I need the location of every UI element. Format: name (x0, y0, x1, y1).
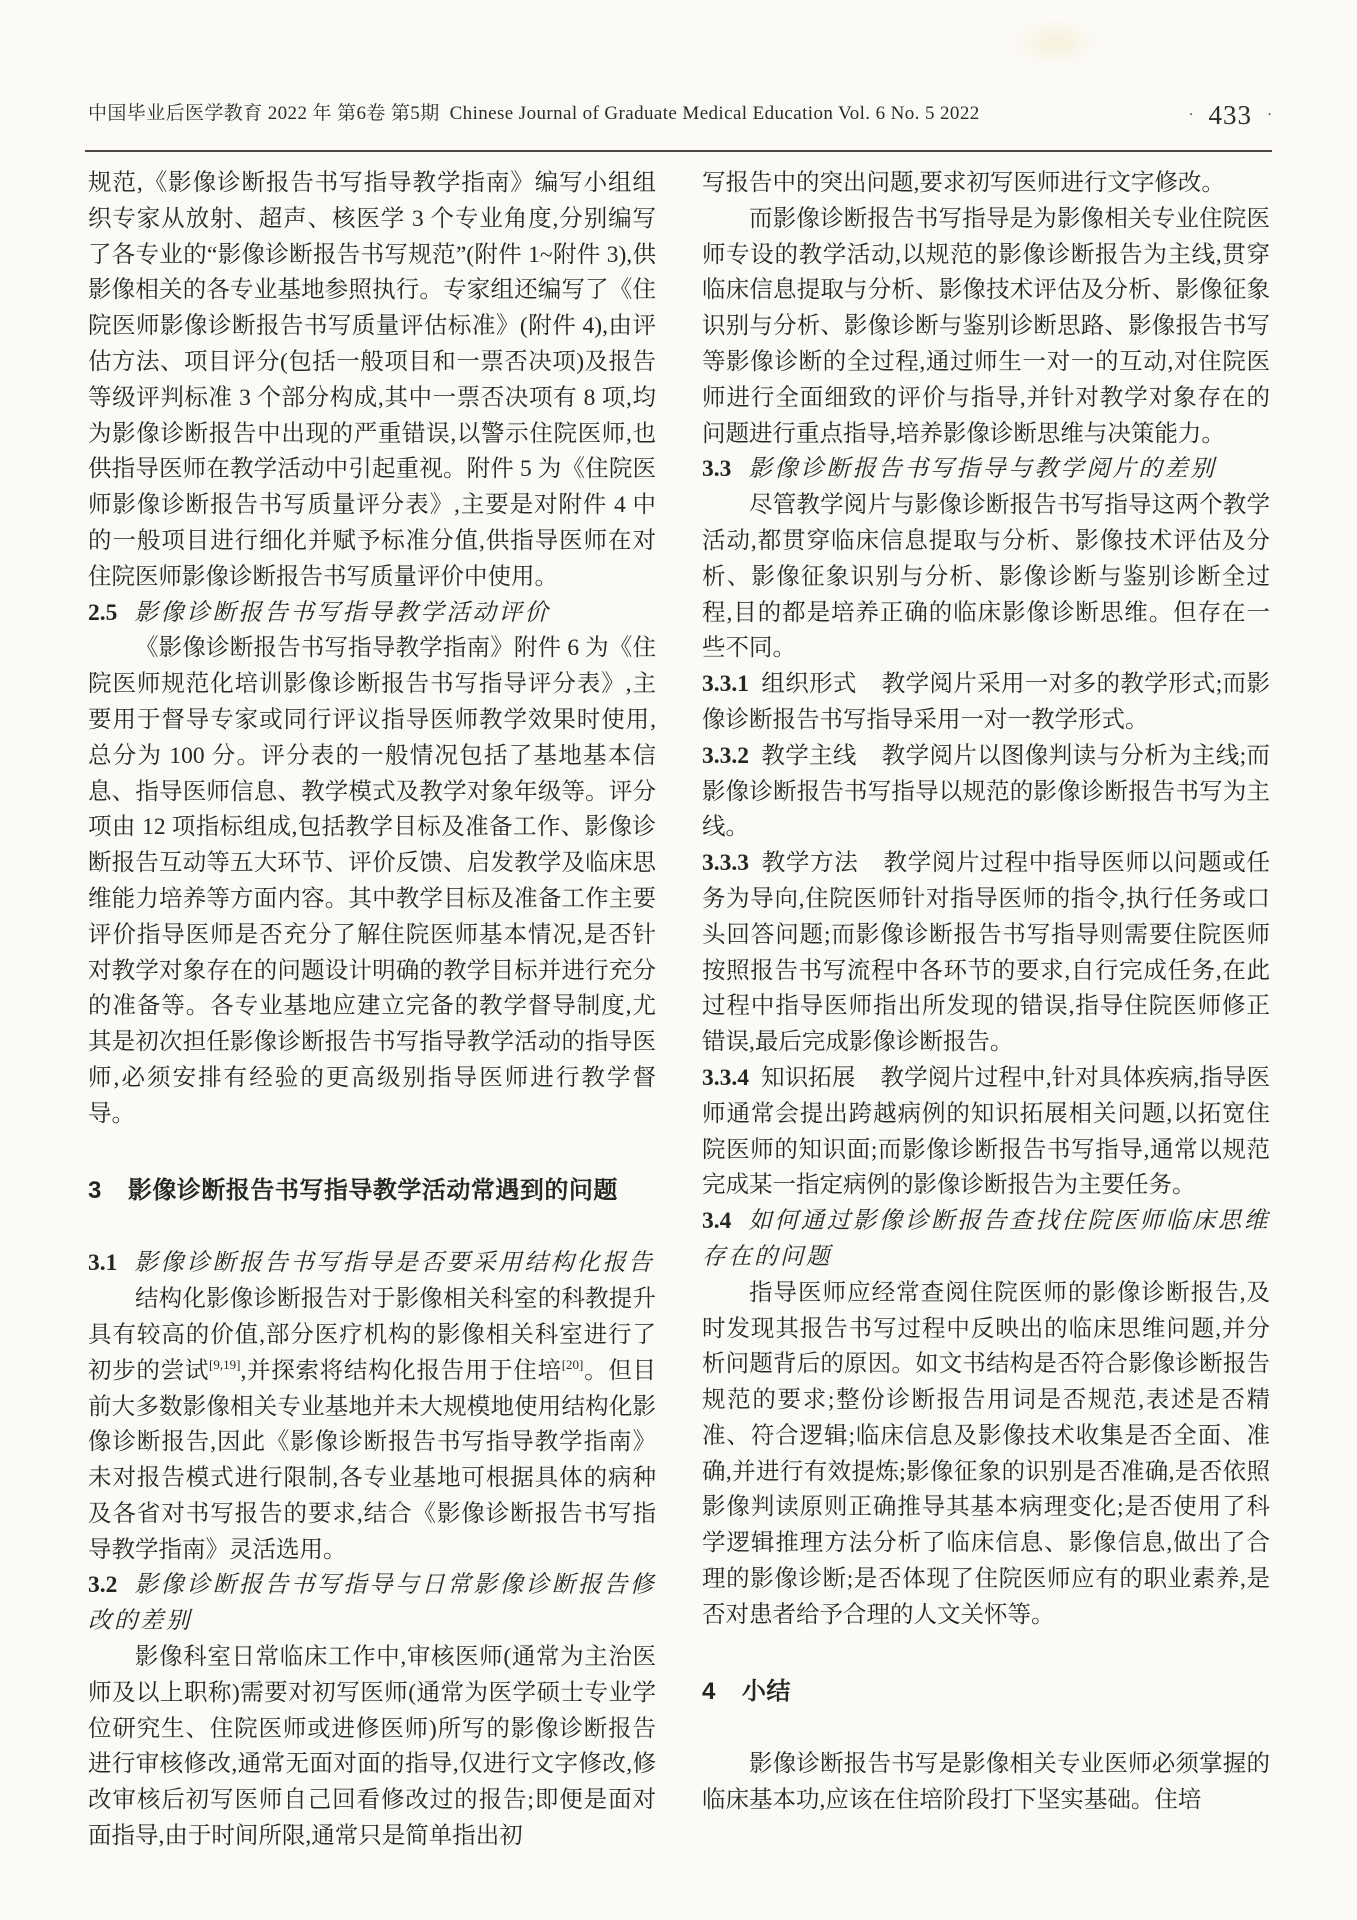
page-number-block: · 433 · (1189, 100, 1273, 131)
subsection-heading: 3.1影像诊断报告书写指导是否要采用结构化报告 (88, 1246, 656, 1282)
subsection-number: 3.4 (702, 1208, 731, 1234)
section-heading: 4小结 (702, 1674, 1270, 1710)
subsection-number: 3.1 (88, 1250, 117, 1276)
runin-number: 3.3.4 (702, 1065, 749, 1091)
section-number: 3 (88, 1177, 102, 1204)
page-number-dot-left: · (1189, 107, 1194, 124)
page-number-dot-right: · (1267, 107, 1272, 124)
section-heading: 3影像诊断报告书写指导教学活动常遇到的问题 (88, 1173, 656, 1209)
subsection-title: 影像诊断报告书写指导是否要采用结构化报告 (134, 1250, 654, 1276)
journal-title-line: 中国毕业后医学教育 2022 年 第6卷 第5期Chinese Journal … (88, 98, 980, 125)
runin-term: 知识拓展 (761, 1065, 856, 1091)
subsection-title: 影像诊断报告书写指导教学活动评价 (134, 600, 550, 626)
subsection-heading: 3.4如何通过影像诊断报告查找住院医师临床思维存在的问题 (702, 1204, 1270, 1276)
paragraph: 结构化影像诊断报告对于影像相关科室的科教提升具有较高的价值,部分医疗机构的影像相… (88, 1282, 656, 1568)
subsection-heading: 3.2影像诊断报告书写指导与日常影像诊断报告修改的差别 (88, 1568, 656, 1640)
runin-term: 教学方法 (761, 850, 859, 876)
runin-heading-paragraph: 3.3.3教学方法教学阅片过程中指导医师以问题或任务为导向,住院医师针对指导医师… (702, 846, 1270, 1061)
section-number: 4 (702, 1678, 716, 1705)
runin-term: 教学主线 (761, 743, 857, 769)
subsection-number: 3.2 (88, 1572, 117, 1598)
header-rule (85, 150, 1272, 152)
subsection-title: 如何通过影像诊断报告查找住院医师临床思维存在的问题 (702, 1208, 1270, 1270)
subsection-title: 影像诊断报告书写指导与日常影像诊断报告修改的差别 (88, 1572, 656, 1634)
runin-heading-paragraph: 3.3.1组织形式教学阅片采用一对多的教学形式;而影像诊断报告书写指导采用一对一… (702, 667, 1270, 739)
subsection-heading: 3.3影像诊断报告书写指导与教学阅片的差别 (702, 452, 1270, 488)
runin-number: 3.3.2 (702, 743, 749, 769)
page-number: 433 (1209, 100, 1253, 131)
citation-ref: [9,19] (209, 1357, 240, 1372)
subsection-heading: 2.5影像诊断报告书写指导教学活动评价 (88, 596, 656, 632)
section-title: 影像诊断报告书写指导教学活动常遇到的问题 (128, 1177, 618, 1204)
runin-number: 3.3.1 (702, 671, 749, 697)
scan-smudge (1010, 18, 1100, 68)
scanned-paper-page: 中国毕业后医学教育 2022 年 第6卷 第5期Chinese Journal … (0, 0, 1357, 1920)
article-body: 规范,《影像诊断报告书写指导教学指南》编写小组组织专家从放射、超声、核医学 3 … (88, 166, 1270, 1855)
left-column: 规范,《影像诊断报告书写指导教学指南》编写小组组织专家从放射、超声、核医学 3 … (88, 166, 656, 1855)
journal-title-cn: 中国毕业后医学教育 2022 年 第6卷 第5期 (88, 103, 440, 124)
subsection-title: 影像诊断报告书写指导与教学阅片的差别 (748, 456, 1216, 482)
runin-number: 3.3.3 (702, 850, 749, 876)
citation-ref: [20] (562, 1357, 584, 1372)
paragraph: 写报告中的突出问题,要求初写医师进行文字修改。 (702, 166, 1270, 202)
section-title: 小结 (742, 1678, 791, 1705)
subsection-number: 2.5 (88, 600, 117, 626)
paragraph: 规范,《影像诊断报告书写指导教学指南》编写小组组织专家从放射、超声、核医学 3 … (88, 166, 656, 596)
paragraph: 而影像诊断报告书写指导是为影像相关专业住院医师专设的教学活动,以规范的影像诊断报… (702, 202, 1270, 453)
runin-heading-paragraph: 3.3.4知识拓展教学阅片过程中,针对具体疾病,指导医师通常会提出跨越病例的知识… (702, 1061, 1270, 1204)
paragraph: 影像科室日常临床工作中,审核医师(通常为主治医师及以上职称)需要对初写医师(通常… (88, 1640, 656, 1855)
runin-heading-paragraph: 3.3.2教学主线教学阅片以图像判读与分析为主线;而影像诊断报告书写指导以规范的… (702, 739, 1270, 846)
paragraph: 《影像诊断报告书写指导教学指南》附件 6 为《住院医师规范化培训影像诊断报告书写… (88, 631, 656, 1132)
paragraph: 指导医师应经常查阅住院医师的影像诊断报告,及时发现其报告书写过程中反映出的临床思… (702, 1276, 1270, 1634)
runin-term: 组织形式 (761, 671, 857, 697)
paragraph: 影像诊断报告书写是影像相关专业医师必须掌握的临床基本功,应该在住培阶段打下坚实基… (702, 1747, 1270, 1819)
journal-title-en: Chinese Journal of Graduate Medical Educ… (450, 103, 980, 124)
paragraph: 尽管教学阅片与影像诊断报告书写指导这两个教学活动,都贯穿临床信息提取与分析、影像… (702, 488, 1270, 667)
subsection-number: 3.3 (702, 456, 731, 482)
right-column: 写报告中的突出问题,要求初写医师进行文字修改。而影像诊断报告书写指导是为影像相关… (702, 166, 1270, 1855)
journal-header: 中国毕业后医学教育 2022 年 第6卷 第5期Chinese Journal … (88, 98, 1272, 131)
